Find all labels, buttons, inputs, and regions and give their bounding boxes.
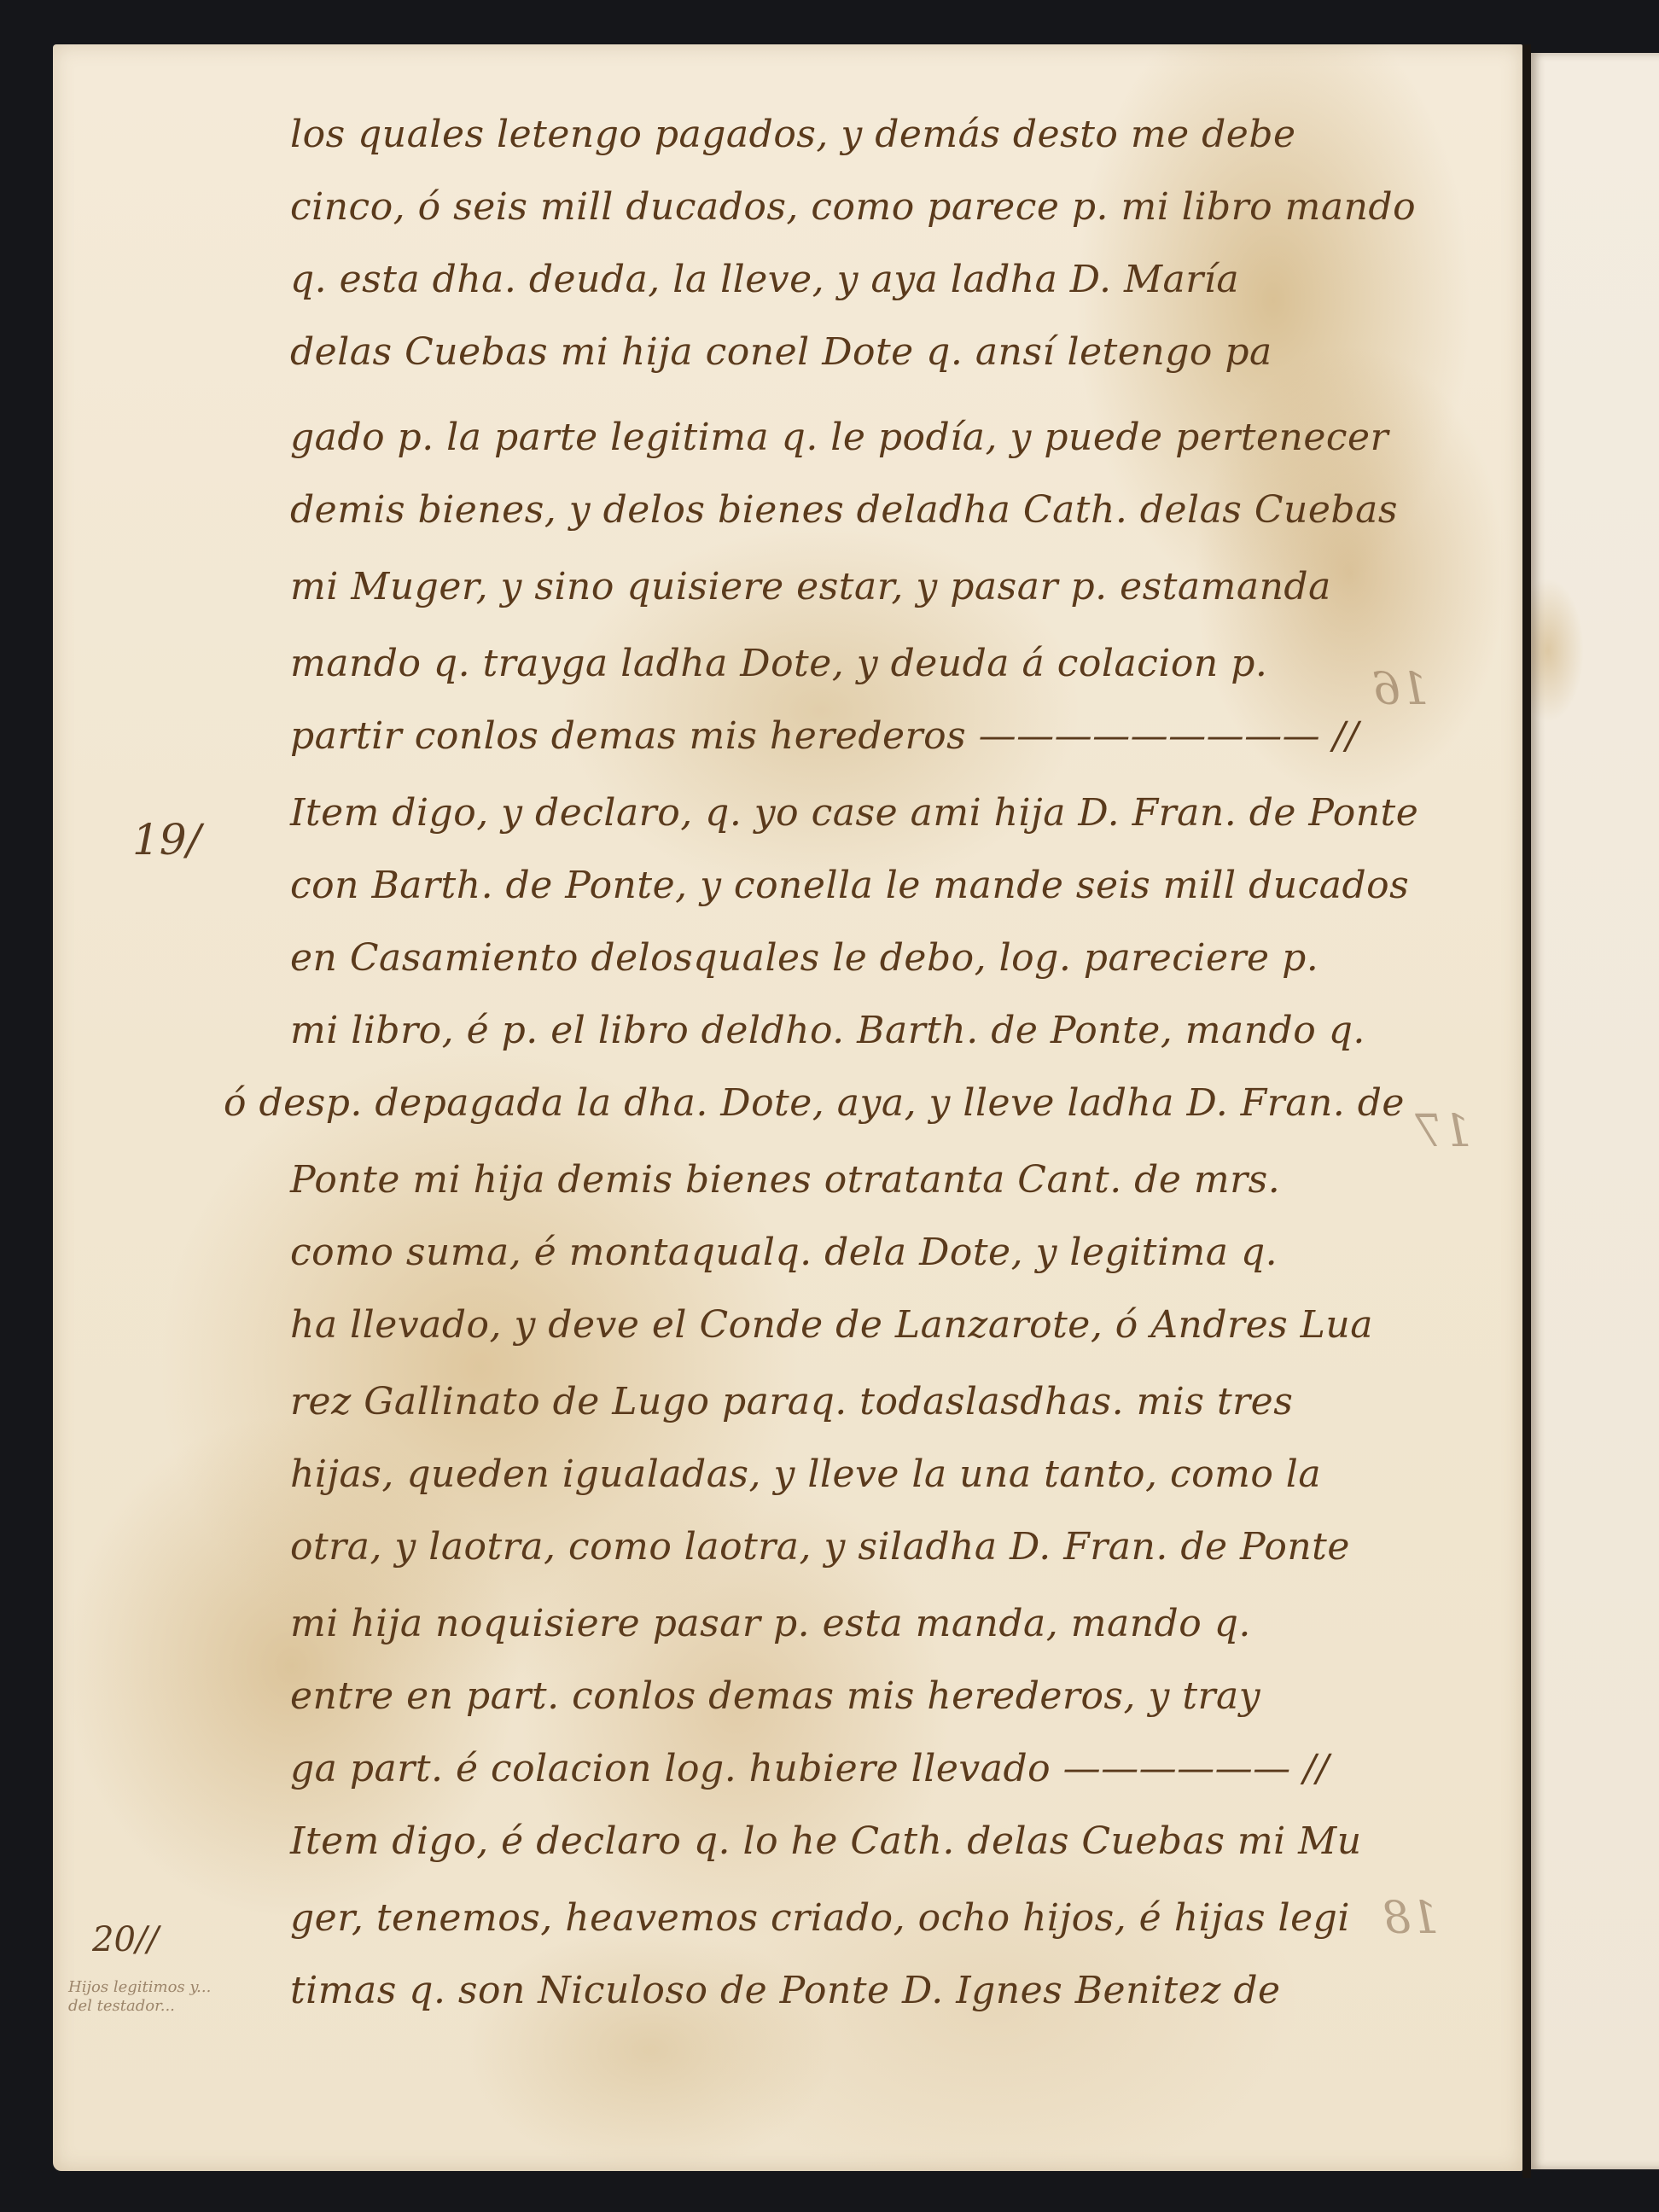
manuscript-line: demis bienes, y delos bienes deladha Cat… xyxy=(290,486,1398,534)
manuscript-line: ó desp. depagada la dha. Dote, aya, y ll… xyxy=(224,1080,1405,1127)
manuscript-line: Item digo, y declaro, q. yo case ami hij… xyxy=(290,789,1418,837)
manuscript-line: mando q. trayga ladha Dote, y deuda á co… xyxy=(290,640,1267,688)
manuscript-line: Item digo, é declaro q. lo he Cath. dela… xyxy=(290,1818,1362,1866)
manuscript-line: como suma, é montaqualq. dela Dote, y le… xyxy=(290,1229,1278,1277)
page-gutter xyxy=(1522,44,1531,2178)
manuscript-line: rez Gallinato de Lugo paraq. todaslasdha… xyxy=(290,1378,1293,1426)
manuscript-line: Ponte mi hija demis bienes otratanta Can… xyxy=(290,1156,1280,1204)
manuscript-line: q. esta dha. deuda, la lleve, y aya ladh… xyxy=(290,256,1239,304)
clause-number-19: 19/ xyxy=(132,815,201,864)
manuscript-line: gado p. la parte legitima q. le podía, y… xyxy=(290,414,1388,462)
left-margin-note: Hijos legitimos y... del testador... xyxy=(68,1978,222,2016)
manuscript-line: entre en part. conlos demas mis heredero… xyxy=(290,1673,1260,1720)
bleed-number-18: 18 xyxy=(1382,1893,1439,1944)
manuscript-line: otra, y laotra, como laotra, y siladha D… xyxy=(290,1523,1350,1571)
bleed-number-17: 17 xyxy=(1415,1106,1471,1157)
manuscript-line: delas Cuebas mi hija conel Dote q. ansí … xyxy=(290,329,1272,376)
manuscript-line: en Casamiento delosquales le debo, log. … xyxy=(290,934,1318,982)
manuscript-line: cinco, ó seis mill ducados, como parece … xyxy=(290,183,1416,231)
manuscript-line: hijas, queden igualadas, y lleve la una … xyxy=(290,1451,1321,1499)
manuscript-line: los quales letengo pagados, y demás dest… xyxy=(290,111,1296,159)
manuscript-line: ger, tenemos, heavemos criado, ocho hijo… xyxy=(290,1895,1350,1942)
manuscript-line: ha llevado, y deve el Conde de Lanzarote… xyxy=(290,1301,1373,1349)
manuscript-line: mi Muger, y sino quisiere estar, y pasar… xyxy=(290,563,1331,611)
manuscript-line: ga part. é colacion log. hubiere llevado… xyxy=(290,1745,1330,1793)
facing-page-edge xyxy=(1531,53,1659,2169)
manuscript-line: mi hija noquisiere pasar p. esta manda, … xyxy=(290,1600,1251,1648)
clause-number-20: 20// xyxy=(92,1920,159,1959)
manuscript-line: timas q. son Niculoso de Ponte D. Ignes … xyxy=(290,1967,1281,2015)
manuscript-line: mi libro, é p. el libro deldho. Barth. d… xyxy=(290,1007,1365,1055)
manuscript-line: con Barth. de Ponte, y conella le mande … xyxy=(290,862,1409,910)
manuscript-line: partir conlos demas mis herederos ——————… xyxy=(290,713,1359,760)
bleed-number-16: 16 xyxy=(1372,664,1429,715)
